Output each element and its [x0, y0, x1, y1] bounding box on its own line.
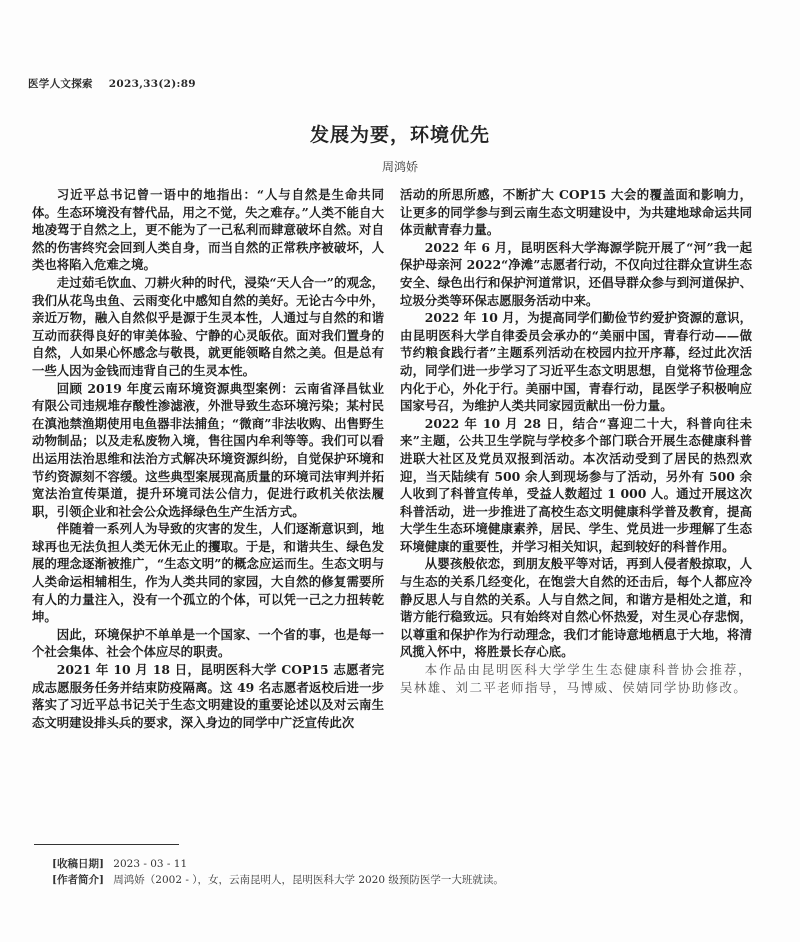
footnotes: [收稿日期] 2023 - 03 - 11 [作者简介] 周鸿娇（2002 - … [52, 856, 504, 888]
right-column: 活动的所思所感，不断扩大 COP15 大会的覆盖面和影响力，让更多的同学参与到云… [400, 186, 752, 696]
acknowledgement: 本作品由昆明医科大学学生生态健康科普协会推荐，吴林雄、刘二平老师指导，马博威、侯… [400, 661, 752, 696]
paragraph: 2022 年 6 月，昆明医科大学海源学院开展了“河”我一起保护母亲河 2022… [400, 239, 752, 309]
paragraph: 因此，环境保护不单单是一个国家、一个省的事，也是每一个社会集体、社会个体应尽的职… [32, 626, 384, 661]
running-head: 医学人文探索 2023,33(2):89 [28, 76, 196, 91]
received-label: [收稿日期] [52, 858, 104, 870]
paragraph: 2022 年 10 月，为提高同学们勤俭节约爱护资源的意识，由昆明医科大学自律委… [400, 309, 752, 415]
paragraph-continuation: 活动的所思所感，不断扩大 COP15 大会的覆盖面和影响力，让更多的同学参与到云… [400, 186, 752, 239]
paragraph: 2022 年 10 月 28 日，结合“喜迎二十大，科普向往未来”主题，公共卫生… [400, 415, 752, 556]
footnote-received: [收稿日期] 2023 - 03 - 11 [52, 856, 504, 872]
footnote-author-bio: [作者简介] 周鸿娇（2002 - ），女，云南昆明人，昆明医科大学 2020 … [52, 872, 504, 888]
journal-page: 医学人文探索 2023,33(2):89 发展为要，环境优先 周鸿娇 习近平总书… [0, 0, 800, 942]
paragraph: 习近平总书记曾一语中的地指出：“人与自然是生命共同体。生态环境没有替代品，用之不… [32, 186, 384, 274]
footnote-divider [34, 844, 179, 845]
article-title: 发展为要，环境优先 [0, 120, 800, 147]
bio-text: 周鸿娇（2002 - ），女，云南昆明人，昆明医科大学 2020 级预防医学一大… [113, 874, 504, 886]
paragraph: 回顾 2019 年度云南环境资源典型案例：云南省泽昌钛业有限公司违规堆存酸性渗滤… [32, 380, 384, 521]
citation: 2023,33(2):89 [109, 78, 196, 90]
article-author: 周鸿娇 [0, 158, 800, 175]
left-column: 习近平总书记曾一语中的地指出：“人与自然是生命共同体。生态环境没有替代品，用之不… [32, 186, 384, 731]
bio-label: [作者简介] [52, 874, 104, 886]
received-date: 2023 - 03 - 11 [113, 858, 187, 870]
journal-name: 医学人文探索 [28, 78, 93, 90]
paragraph: 伴随着一系列人为导致的灾害的发生，人们逐渐意识到，地球再也无法负担人类无休无止的… [32, 520, 384, 626]
paragraph: 从婴孩般依恋，到朋友般平等对话，再到人侵者般掠取，人与生态的关系几经变化，在饱尝… [400, 555, 752, 661]
paragraph: 2021 年 10 月 18 日，昆明医科大学 COP15 志愿者完成志愿服务任… [32, 661, 384, 731]
paragraph: 走过茹毛饮血、刀耕火种的时代，浸染“天人合一”的观念，我们从花鸟虫鱼、云雨变化中… [32, 274, 384, 380]
